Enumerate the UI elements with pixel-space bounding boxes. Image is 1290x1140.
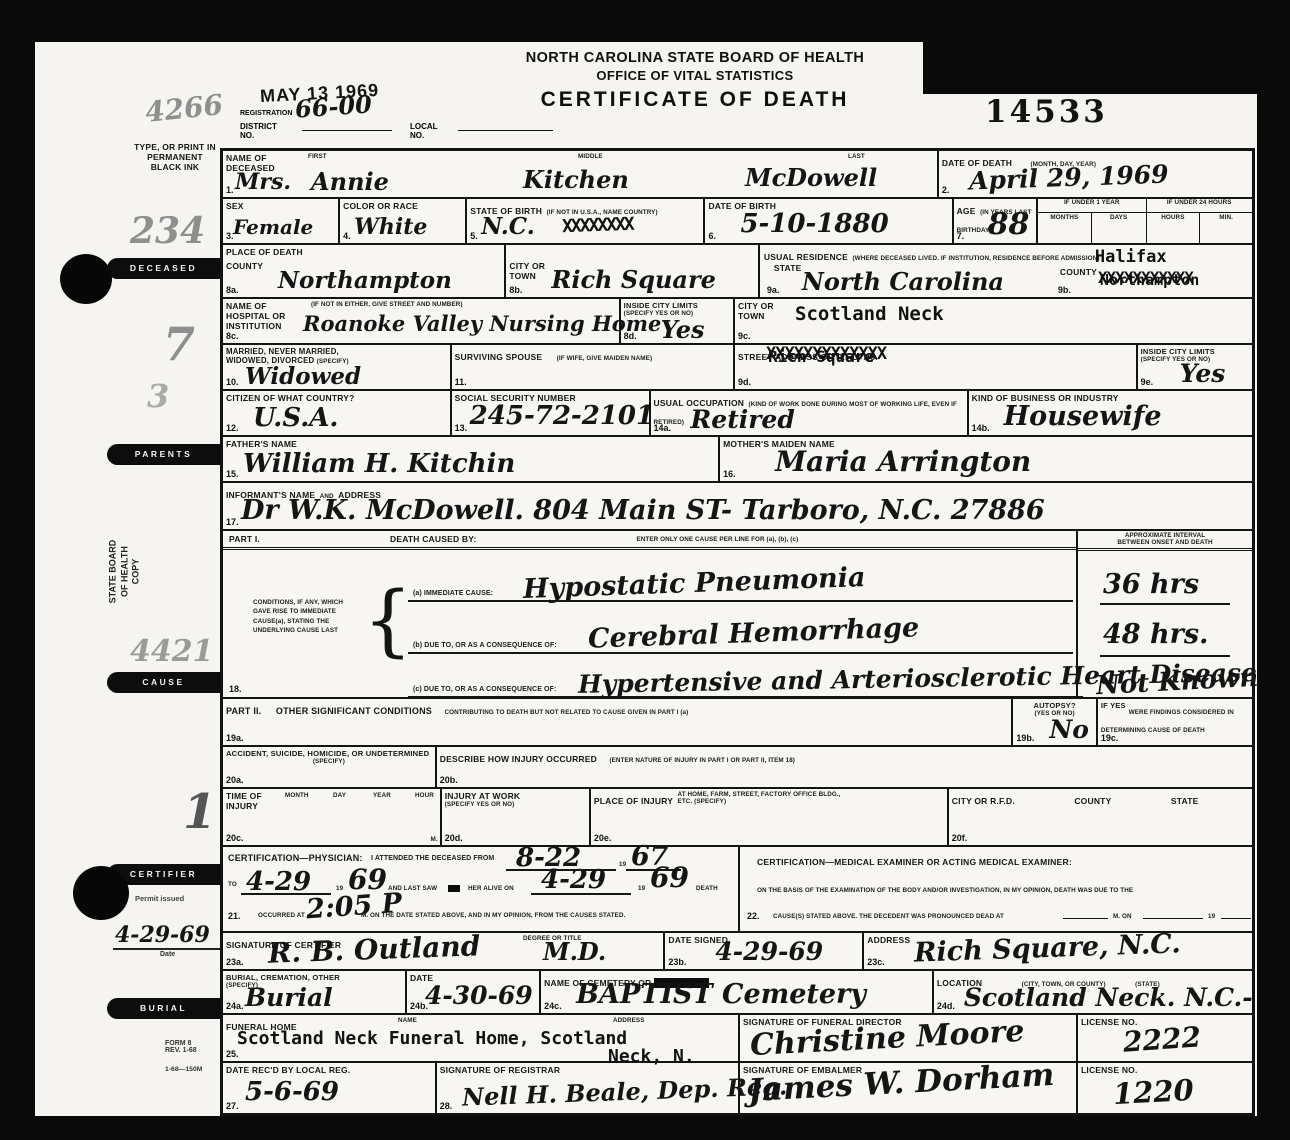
field-time-of-injury: TIME OF INJURY MONTH DAY YEAR HOUR 20c. … bbox=[223, 789, 442, 845]
field-certifier-address: ADDRESS 23c. Rich Square, N.C. bbox=[864, 933, 1252, 969]
field-age: AGE (IN YEARS LAST BIRTHDAY) 7. 88 bbox=[954, 199, 1038, 243]
margin-pencil-7: 7 bbox=[163, 317, 195, 371]
print-run: 1-68—150M bbox=[165, 1066, 202, 1073]
field-funeral-home: FUNERAL HOME NAME ADDRESS 25. Scotland N… bbox=[223, 1015, 740, 1061]
punch-hole-bottom bbox=[73, 866, 129, 920]
field-embalmer-signature: SIGNATURE OF EMBALMER James W. Dorham bbox=[740, 1063, 1078, 1113]
conditions-brace: { bbox=[363, 582, 413, 660]
field-hospital: NAME OF HOSPITAL OR INSTITUTION (IF NOT … bbox=[223, 299, 621, 343]
conditions-note: CONDITIONS, IF ANY, WHICH GAVE RISE TO I… bbox=[253, 598, 358, 636]
field-inside-city-limits-8d: INSIDE CITY LIMITS (SPECIFY YES OR NO) 8… bbox=[621, 299, 735, 343]
permit-date-handwritten: 4-29-69 bbox=[115, 922, 210, 948]
section-cause-of-death: PART I. DEATH CAUSED BY: ENTER ONLY ONE … bbox=[223, 531, 1078, 697]
field-place-of-injury: PLACE OF INJURY AT HOME, FARM, STREET, F… bbox=[591, 789, 949, 845]
field-burial-date: DATE 24b. 4-30-69 bbox=[407, 971, 541, 1013]
permit-date-line bbox=[113, 948, 220, 950]
permit-issued-label: Permit issued bbox=[135, 894, 184, 903]
field-other-significant-conditions: PART II. OTHER SIGNIFICANT CONDITIONS CO… bbox=[223, 699, 1013, 745]
residence-city-corrected: Scotland Neck bbox=[795, 303, 944, 325]
field-place-of-death-county: PLACE OF DEATH COUNTY 8a. Northampton bbox=[223, 245, 506, 297]
field-embalmer-license: LICENSE NO. 1220 bbox=[1078, 1063, 1252, 1113]
field-ssn: SOCIAL SECURITY NUMBER 13. 245-72-2101 bbox=[452, 391, 651, 435]
scan-edge-top bbox=[0, 0, 1290, 42]
field-autopsy: AUTOPSY? (YES OR NO) 19b. No bbox=[1013, 699, 1098, 745]
field-father-name: FATHER'S NAME 15. William H. Kitchin bbox=[223, 437, 720, 481]
margin-pencil-top: 4266 bbox=[143, 88, 224, 129]
tab-parents: PARENTS bbox=[107, 444, 220, 465]
field-injury-at-work: INJURY AT WORK (SPECIFY YES OR NO) 20d. bbox=[442, 789, 591, 845]
field-state-of-birth: STATE OF BIRTH (IF NOT IN U.S.A., NAME C… bbox=[467, 199, 705, 243]
field-cemetery-name: NAME OF CEMETERY OR CREMATORY 24c. BAPTI… bbox=[541, 971, 934, 1013]
board-title: NORTH CAROLINA STATE BOARD OF HEALTH bbox=[455, 50, 935, 66]
interval-column: APPROXIMATE INTERVAL BETWEEN ONSET AND D… bbox=[1078, 531, 1252, 697]
margin-pencil-1: 1 bbox=[183, 784, 216, 840]
field-mother-maiden-name: MOTHER'S MAIDEN NAME 16. Maria Arrington bbox=[720, 437, 1252, 481]
field-citizen: CITIZEN OF WHAT COUNTRY? 12. U.S.A. bbox=[223, 391, 452, 435]
margin-pencil-3: 3 bbox=[147, 377, 169, 415]
field-age-under: IF UNDER 1 YEAR IF UNDER 24 HOURS MONTHS… bbox=[1038, 199, 1252, 243]
scan-edge-bottom bbox=[0, 1116, 1290, 1140]
field-registrar-signature: SIGNATURE OF REGISTRAR 28. Nell H. Beale… bbox=[437, 1063, 740, 1113]
tab-deceased: DECEASED bbox=[107, 258, 220, 279]
field-residence-city: CITY OR TOWN 9c. Scotland Neck Rich Squa… bbox=[735, 299, 1252, 343]
form-number: FORM 8 REV. 1-68 bbox=[165, 1040, 197, 1054]
office-title: OFFICE OF VITAL STATISTICS bbox=[455, 68, 935, 83]
field-burial-type: BURIAL, CREMATION, OTHER (SPECIFY) 24a. … bbox=[223, 971, 407, 1013]
tab-cause: CAUSE bbox=[107, 672, 220, 693]
field-certification-physician: CERTIFICATION—PHYSICIAN: I ATTENDED THE … bbox=[223, 847, 740, 931]
field-cemetery-location: LOCATION (CITY, TOWN, OR COUNTY) (STATE)… bbox=[934, 971, 1252, 1013]
print-note: TYPE, OR PRINT IN PERMANENT BLACK INK bbox=[125, 142, 225, 173]
field-name-of-deceased: NAME OF DECEASED FIRST MIDDLE LAST 1. Mr… bbox=[223, 151, 939, 197]
field-inside-city-limits-9e: INSIDE CITY LIMITS (SPECIFY YES OR NO) 9… bbox=[1138, 345, 1252, 389]
field-marital-status: MARRIED, NEVER MARRIED, WIDOWED, DIVORCE… bbox=[223, 345, 452, 389]
field-date-of-death: DATE OF DEATH (MONTH, DAY, YEAR) 2. Apri… bbox=[939, 151, 1252, 197]
certificate-form: NAME OF DECEASED FIRST MIDDLE LAST 1. Mr… bbox=[220, 148, 1255, 1116]
copy-label: STATE BOARD OF HEALTH COPY bbox=[65, 512, 185, 632]
field-findings-considered: IF YES WERE FINDINGS CONSIDERED IN DETER… bbox=[1098, 699, 1252, 745]
field-date-of-birth: DATE OF BIRTH 6. 5-10-1880 bbox=[705, 199, 953, 243]
field-surviving-spouse: SURVIVING SPOUSE (IF WIFE, GIVE MAIDEN N… bbox=[452, 345, 735, 389]
field-injury-location: CITY OR R.F.D. COUNTY STATE 20f. bbox=[949, 789, 1252, 845]
field-usual-occupation: USUAL OCCUPATION (KIND OF WORK DONE DURI… bbox=[651, 391, 969, 435]
field-how-injury-occurred: DESCRIBE HOW INJURY OCCURRED (ENTER NATU… bbox=[437, 747, 1252, 787]
certificate-page: 4266 TYPE, OR PRINT IN PERMANENT BLACK I… bbox=[35, 42, 1257, 1116]
field-signature-of-certifier: SIGNATURE OF CERTIFIER DEGREE OR TITLE 2… bbox=[223, 933, 665, 969]
field-informant: INFORMANT'S NAME AND ADDRESS 17. Dr W.K.… bbox=[223, 483, 1252, 529]
field-certification-medical-examiner: CERTIFICATION—MEDICAL EXAMINER OR ACTING… bbox=[740, 847, 1252, 931]
field-funeral-director-signature: SIGNATURE OF FUNERAL DIRECTOR Christine … bbox=[740, 1015, 1078, 1061]
margin-pencil-4421: 4421 bbox=[130, 634, 214, 669]
residence-county-corrected: Halifax bbox=[1095, 247, 1167, 267]
certificate-title: CERTIFICATE OF DEATH bbox=[455, 88, 935, 112]
field-street-address: STREET ADDRESS OR R.F.D. No. 9d. bbox=[735, 345, 1138, 389]
field-date-signed: DATE SIGNED 23b. 4-29-69 bbox=[665, 933, 864, 969]
struck-out-entry: XXXXXXXX bbox=[562, 214, 633, 237]
redaction-box bbox=[923, 42, 1257, 94]
scan-edge-right bbox=[1257, 0, 1290, 1140]
margin-pencil-234: 234 bbox=[130, 210, 205, 252]
tab-burial: BURIAL bbox=[107, 998, 220, 1019]
field-accident-suicide: ACCIDENT, SUICIDE, HOMICIDE, OR UNDETERM… bbox=[223, 747, 437, 787]
field-sex: SEX 3. Female bbox=[223, 199, 340, 243]
residence-county-struck: Northampton XXXXXXXXXXX bbox=[1100, 271, 1199, 290]
scan-edge-left bbox=[0, 0, 35, 1140]
field-place-of-death-city: CITY OR TOWN 8b. Rich Square bbox=[506, 245, 760, 297]
field-date-received: DATE REC'D BY LOCAL REG. 27. 5-6-69 bbox=[223, 1063, 437, 1113]
header-titles: NORTH CAROLINA STATE BOARD OF HEALTH OFF… bbox=[455, 50, 935, 112]
date-label: Date bbox=[160, 951, 175, 958]
field-director-license: LICENSE NO. 2222 bbox=[1078, 1015, 1252, 1061]
field-industry: KIND OF BUSINESS OR INDUSTRY 14b. Housew… bbox=[969, 391, 1252, 435]
district-no-blank bbox=[302, 118, 392, 131]
certificate-number: 14533 bbox=[985, 94, 1108, 130]
punch-hole-top bbox=[60, 254, 112, 304]
scanned-death-certificate: { "header": { "board": "NORTH CAROLINA S… bbox=[0, 0, 1290, 1140]
local-no-blank bbox=[458, 118, 553, 131]
field-color-or-race: COLOR OR RACE 4. White bbox=[340, 199, 467, 243]
field-usual-residence: USUAL RESIDENCE (WHERE DECEASED LIVED. I… bbox=[760, 245, 1252, 297]
